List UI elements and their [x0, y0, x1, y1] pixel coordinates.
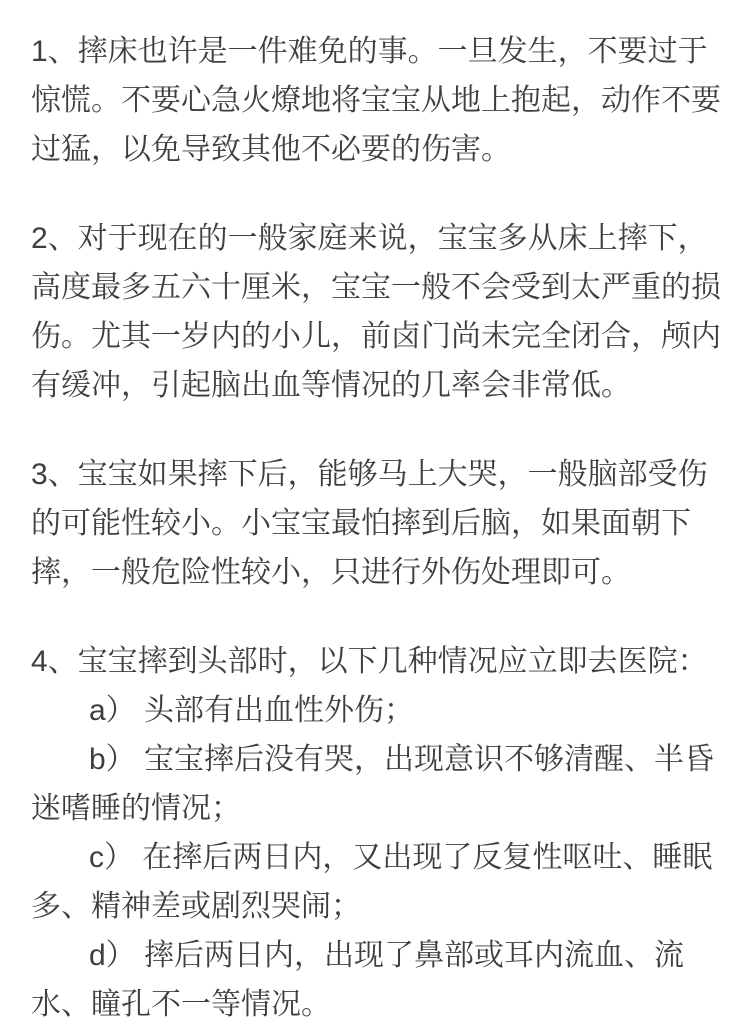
- article-body: 1、摔床也许是一件难免的事。一旦发生，不要过于 惊慌。不要心急火燎地将宝宝从地上…: [0, 0, 750, 1029]
- paragraph-2-typical-fall-height: 2、对于现在的一般家庭来说，宝宝多从床上摔下， 高度最多五六十厘米，宝宝一般不会…: [31, 214, 741, 410]
- list-item-b-no-crying-drowsy: b） 宝宝摔后没有哭，出现意识不够清醒、半昏 迷嗜睡的情况；: [31, 735, 741, 833]
- list-item-a-bleeding-wound: a） 头部有出血性外伤；: [31, 686, 741, 735]
- paragraph-3-crying-after-fall: 3、宝宝如果摔下后，能够马上大哭，一般脑部受伤 的可能性较小。小宝宝最怕摔到后脑…: [31, 450, 741, 597]
- page: { "page": { "background_color": "#ffffff…: [0, 0, 750, 1034]
- list-item-d-nose-ear-bleeding: d） 摔后两日内，出现了鼻部或耳内流血、流 水、瞳孔不一等情况。: [31, 931, 741, 1029]
- paragraph-1-falling-is-unavoidable: 1、摔床也许是一件难免的事。一旦发生，不要过于 惊慌。不要心急火燎地将宝宝从地上…: [31, 27, 741, 174]
- text-column: 1、摔床也许是一件难免的事。一旦发生，不要过于 惊慌。不要心急火燎地将宝宝从地上…: [31, 27, 741, 1029]
- list-item-c-vomiting-lethargy: c） 在摔后两日内，又出现了反复性呕吐、睡眠 多、精神差或剧烈哭闹；: [31, 833, 741, 931]
- paragraph-4-hospital-heading: 4、宝宝摔到头部时，以下几种情况应立即去医院：: [31, 637, 741, 686]
